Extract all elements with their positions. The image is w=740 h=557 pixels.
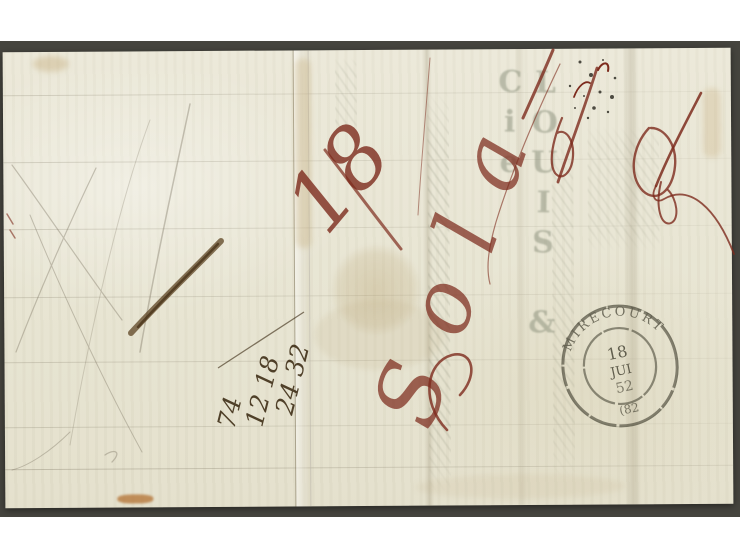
red-script-word: Sola (352, 86, 559, 439)
red-script-corner (654, 186, 734, 254)
red-script-corner (634, 128, 676, 196)
red-script-right (598, 63, 608, 71)
red-edge-marks (7, 214, 15, 238)
postmark-department: (82 (618, 400, 640, 418)
figure-line-3: 74 (212, 394, 248, 432)
postmark-day: 18 (605, 341, 629, 364)
pencil-strokes (12, 104, 190, 470)
brown-ink-smear (131, 241, 221, 333)
red-script-right (523, 50, 553, 118)
red-script-right (558, 68, 597, 182)
black-ink-figures: 24 32 12 18 74 (212, 312, 315, 431)
ink-overlay: 24 32 12 18 74 18 Sola (0, 0, 740, 557)
red-script-year: 18 (266, 106, 410, 251)
postmark-year: 52 (614, 378, 635, 397)
red-script-corner (656, 93, 701, 186)
photo-frame: LOUIS & Cie 24 32 12 18 74 18 Sola (0, 0, 740, 557)
postmark-cds: MIRECOURT 18 JUI 52 (82 (551, 294, 690, 438)
